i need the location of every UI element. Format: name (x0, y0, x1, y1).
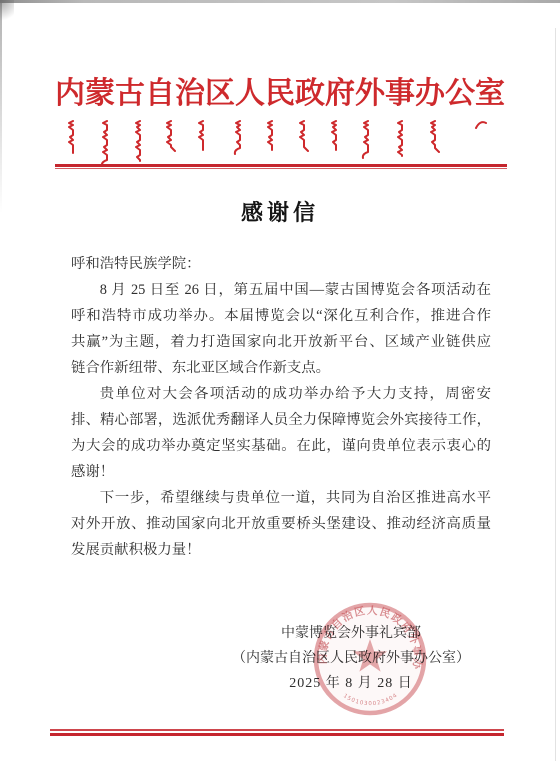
mongolian-word (100, 119, 114, 168)
body-line: 为大会的成功举办奠定坚实基础。在此，谨向贵单位表示衷心的 (71, 433, 491, 459)
mongolian-word (265, 119, 279, 158)
body-line: 感谢！ (71, 459, 491, 485)
mongolian-word (133, 119, 147, 169)
body-line: 下一步，希望继续与贵单位一道，共同为自治区推进高水平 (71, 485, 491, 511)
mongolian-word (233, 119, 247, 156)
mongolian-word (164, 119, 178, 155)
letter-title: 感谢信 (0, 196, 560, 227)
mongolian-word (428, 119, 442, 156)
salutation: 呼和浩特民族学院： (71, 251, 491, 277)
signature-org: 中蒙博览会外事礼宾部 (215, 621, 487, 646)
rule-thick-line (50, 733, 504, 736)
body-line: 共赢”为主题，着力打造国家向北开放新平台、区域产业链供应 (71, 329, 491, 355)
mongolian-word (196, 119, 210, 158)
footer-separator-rule (50, 729, 504, 736)
letter-body: 呼和浩特民族学院： 8 月 25 日至 26 日，第五届中国—蒙古国博览会各项活… (71, 251, 491, 563)
mongolian-word (361, 119, 375, 160)
body-line: 排、精心部署，选派优秀翻译人员全力保障博览会外宾接待工作， (71, 407, 491, 433)
scan-edge-top (0, 0, 560, 3)
letterhead-org-name: 内蒙古自治区人民政府外事办公室 (0, 74, 560, 114)
mongolian-word (395, 119, 409, 164)
mongolian-tail-mark (474, 119, 488, 133)
letterhead-separator-rule (55, 164, 507, 169)
scan-corner-top-left (0, 0, 14, 26)
signature-org-paren: （内蒙古自治区人民政府外事办公室） (215, 646, 487, 671)
rule-thin-line (55, 168, 507, 169)
letterhead-mongolian-script (0, 119, 560, 169)
signature-block: 中蒙博览会外事礼宾部 （内蒙古自治区人民政府外事办公室） 2025 年 8 月 … (215, 621, 487, 696)
body-line: 呼和浩特市成功举办。本届博览会以“深化互利合作，推进合作 (71, 303, 491, 329)
body-line: 8 月 25 日至 26 日，第五届中国—蒙古国博览会各项活动在 (71, 277, 491, 303)
body-line: 发展贡献积极力量！ (71, 537, 491, 563)
signature-date: 2025 年 8 月 28 日 (215, 671, 487, 696)
mongolian-word (66, 119, 80, 161)
mongolian-word (329, 119, 343, 158)
rule-thin-line (50, 729, 504, 731)
mongolian-word (297, 119, 311, 155)
letter-page: 内蒙古自治区人民政府外事办公室 感谢信 呼和浩特民族学院： 8 月 25 日至 … (0, 0, 560, 781)
body-line: 对外开放、推动国家向北开放重要桥头堡建设、推动经济高质量 (71, 511, 491, 537)
body-line: 链合作新纽带、东北亚区域合作新支点。 (71, 355, 491, 381)
body-line: 贵单位对大会各项活动的成功举办给予大力支持，周密安 (71, 381, 491, 407)
